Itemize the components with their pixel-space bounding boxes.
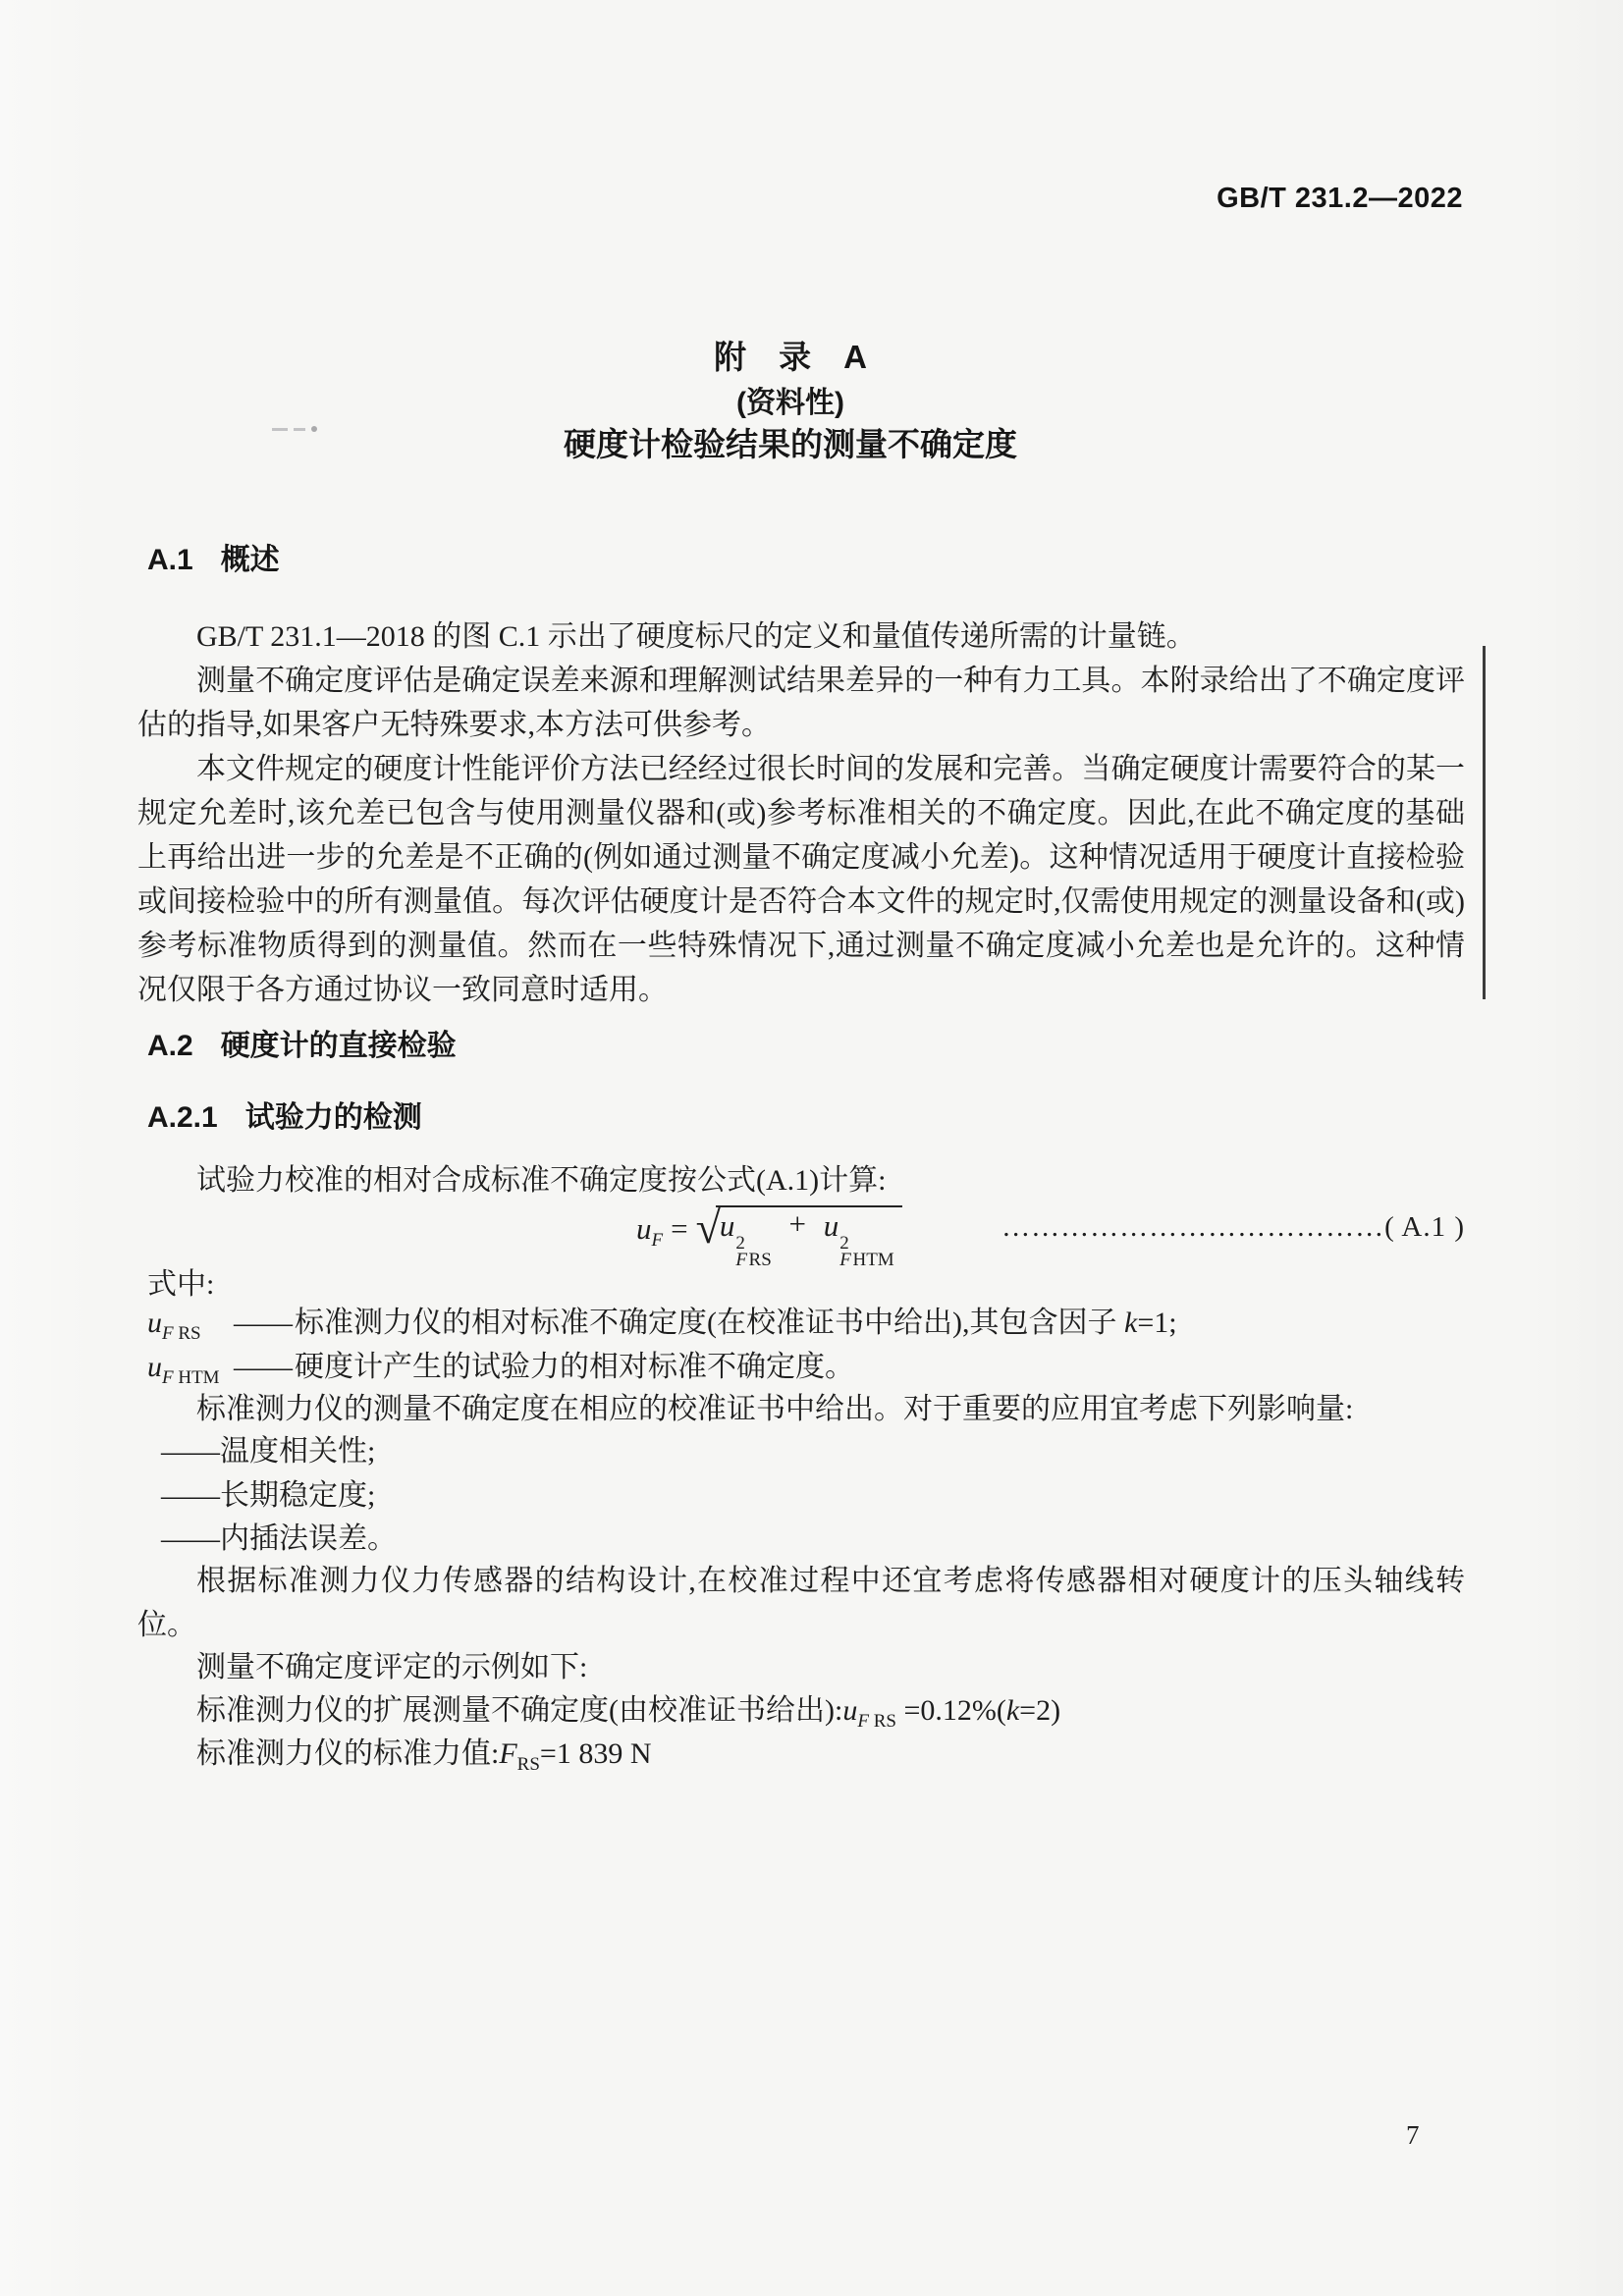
section-number: A.1 (147, 544, 193, 576)
list-item: ——温度相关性; (137, 1429, 1488, 1473)
artifact-dash (294, 428, 305, 431)
radicand: u2F RS + u2F HTM (716, 1205, 902, 1268)
where-label: 式中: (147, 1259, 214, 1303)
paragraph-overview-1: GB/T 231.1—2018 的图 C.1 示出了硬度标尺的定义和量值传递所需… (137, 614, 1465, 659)
definition-text: 硬度计产生的试验力的相对标准不确定度。 (295, 1351, 854, 1383)
definition-term: uF HTM (147, 1351, 234, 1389)
equation-expression: uF = √ u2F RS + u2F HTM (636, 1205, 902, 1268)
page-number: 7 (1406, 2120, 1420, 2151)
revision-change-bar (1483, 646, 1486, 999)
section-number: A.2.1 (147, 1101, 218, 1134)
list-item: ——内插法误差。 (137, 1517, 1488, 1561)
section-label: 硬度计的直接检验 (221, 1030, 457, 1062)
paragraph-transducer: 根据标准测力仪力传感器的结构设计,在校准过程中还宜考虑将传感器相对硬度计的压头轴… (137, 1559, 1465, 1647)
paragraph-overview-3: 本文件规定的硬度计性能评价方法已经经过很长时间的发展和完善。当确定硬度计需要符合… (137, 747, 1465, 1012)
doc-number: GB/T 231.2—2022 (1217, 183, 1463, 215)
appendix-subtitle: (资料性) (0, 378, 1581, 421)
section-heading-a21: A.2.1试验力的检测 (147, 1093, 422, 1136)
section-label: 概述 (221, 544, 280, 576)
section-heading-a1: A.1概述 (147, 535, 280, 578)
definition-row: uF RS——标准测力仪的相对标准不确定度(在校准证书中给出),其包含因子 k=… (147, 1298, 1465, 1345)
radical-symbol: √ (696, 1206, 721, 1250)
document-page: GB/T 231.2—2022 附 录 A (资料性) 硬度计检验结果的测量不确… (0, 0, 1623, 2296)
example-line-2: 标准测力仪的标准力值:FRS=1 839 N (137, 1732, 1465, 1787)
appendix-title: 附 录 A (0, 332, 1581, 378)
paragraph-force-check: 试验力校准的相对合成标准不确定度按公式(A.1)计算: (137, 1158, 1465, 1202)
section-label: 试验力的检测 (245, 1101, 422, 1134)
definition-row: uF HTM——硬度计产生的试验力的相对标准不确定度。 (147, 1342, 1465, 1389)
appendix-heading: 硬度计检验结果的测量不确定度 (0, 419, 1581, 465)
definition-term: uF RS (147, 1307, 234, 1345)
list-item: ——长期稳定度; (137, 1473, 1488, 1518)
artifact-dot (311, 426, 317, 432)
paragraph-certificate: 标准测力仪的测量不确定度在相应的校准证书中给出。对于重要的应用宜考虑下列影响量: (137, 1387, 1465, 1431)
equation-number: …………………………………( A.1 ) (1001, 1211, 1465, 1244)
definition-text: 标准测力仪的相对标准不确定度(在校准证书中给出),其包含因子 k=1; (295, 1307, 1177, 1339)
scan-artifact-mark (272, 426, 317, 432)
section-number: A.2 (147, 1030, 193, 1062)
artifact-dash (272, 428, 288, 431)
example-intro: 测量不确定度评定的示例如下: (137, 1645, 1465, 1689)
paragraph-overview-2: 测量不确定度评估是确定误差来源和理解测试结果差异的一种有力工具。本附录给出了不确… (137, 659, 1465, 747)
equation-a1: uF = √ u2F RS + u2F HTM …………………………………( A… (137, 1203, 1465, 1258)
section-heading-a2: A.2硬度计的直接检验 (147, 1021, 457, 1064)
